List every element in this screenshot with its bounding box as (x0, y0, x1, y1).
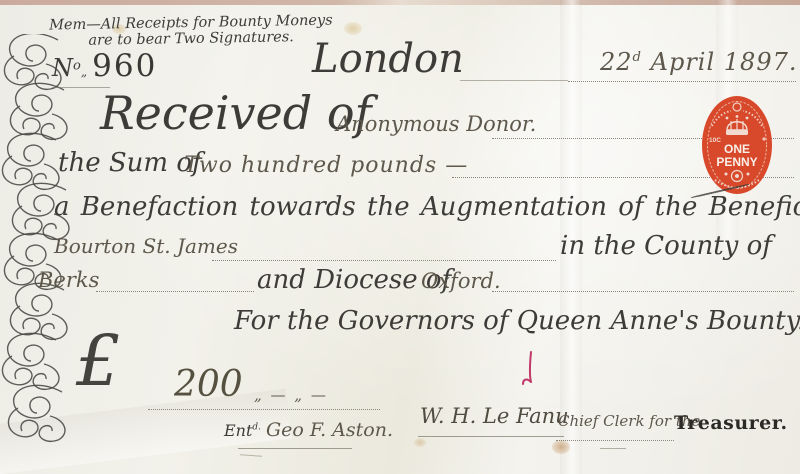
foxing-stain (552, 440, 570, 454)
county-name: Berks (38, 268, 99, 292)
stamp-left-code: 10C (709, 137, 721, 144)
revenue-stamp: 10C ONE PENNY (700, 94, 774, 196)
county-underline (96, 291, 254, 292)
entered-line: Entd. Geo F. Aston. (224, 419, 393, 441)
date-sup: d (633, 50, 642, 65)
currency-symbol: £ (76, 326, 121, 396)
entered-underline (238, 448, 352, 449)
place-line (460, 80, 568, 81)
diocese-name: Oxford. (421, 269, 501, 293)
countersignature-name: W. H. Le Fanu (420, 404, 569, 428)
serial-prefix: N (52, 54, 73, 82)
governors-line: For the Governors of Queen Anne's Bounty… (234, 306, 800, 336)
treasurer-label: Treasurer. (674, 412, 788, 434)
entered-sup: d. (252, 423, 260, 433)
county-label: in the County of (560, 231, 772, 261)
received-of-label: Received of (100, 86, 372, 140)
date-value: 22d April 1897. (600, 48, 797, 76)
serial-sup: o (73, 59, 81, 74)
foxing-stain (414, 438, 426, 447)
date-rest: April 1897. (642, 48, 797, 76)
signatory-dash (600, 448, 626, 449)
entered-flick (240, 454, 262, 457)
amount-marks: „ — „ — (254, 386, 328, 404)
amount-underline (148, 409, 380, 410)
place-name: London (312, 36, 464, 82)
date-underline (568, 81, 796, 82)
audit-check-mark (520, 350, 540, 390)
countersignature-underline (418, 436, 564, 437)
sum-label: the Sum of (58, 148, 202, 178)
stamp-right-dot (762, 137, 765, 140)
memo-note: Mem—All Receipts for Bounty Moneys are t… (36, 12, 347, 49)
serial-number: No„ 960 (52, 48, 157, 84)
stamp-value-penny: PENNY (716, 155, 757, 169)
diocese-underline (492, 291, 794, 292)
serial-value: 960 (92, 48, 157, 84)
benefice-underline (212, 260, 556, 261)
stamp-value-one: ONE (724, 142, 750, 156)
receipt-document: Mem—All Receipts for Bounty Moneys are t… (0, 0, 800, 474)
sum-value: Two hundred pounds — (184, 153, 468, 178)
entered-label: Entd. (224, 421, 266, 440)
payer-name: Anonymous Donor. (336, 112, 536, 136)
entered-prefix: Ent (224, 421, 252, 440)
date-day: 22 (600, 48, 633, 76)
serial-sub: „ (81, 65, 87, 79)
benefice-name: Bourton St. James (54, 234, 238, 258)
benefaction-line: a Benefaction towards the Augmentation o… (54, 192, 800, 222)
signatory-role-underline (556, 440, 674, 441)
paper-top-edge (0, 0, 800, 5)
foxing-stain (344, 22, 362, 35)
amount-value: 200 (174, 364, 243, 405)
entered-signature: Geo F. Aston. (266, 419, 393, 441)
